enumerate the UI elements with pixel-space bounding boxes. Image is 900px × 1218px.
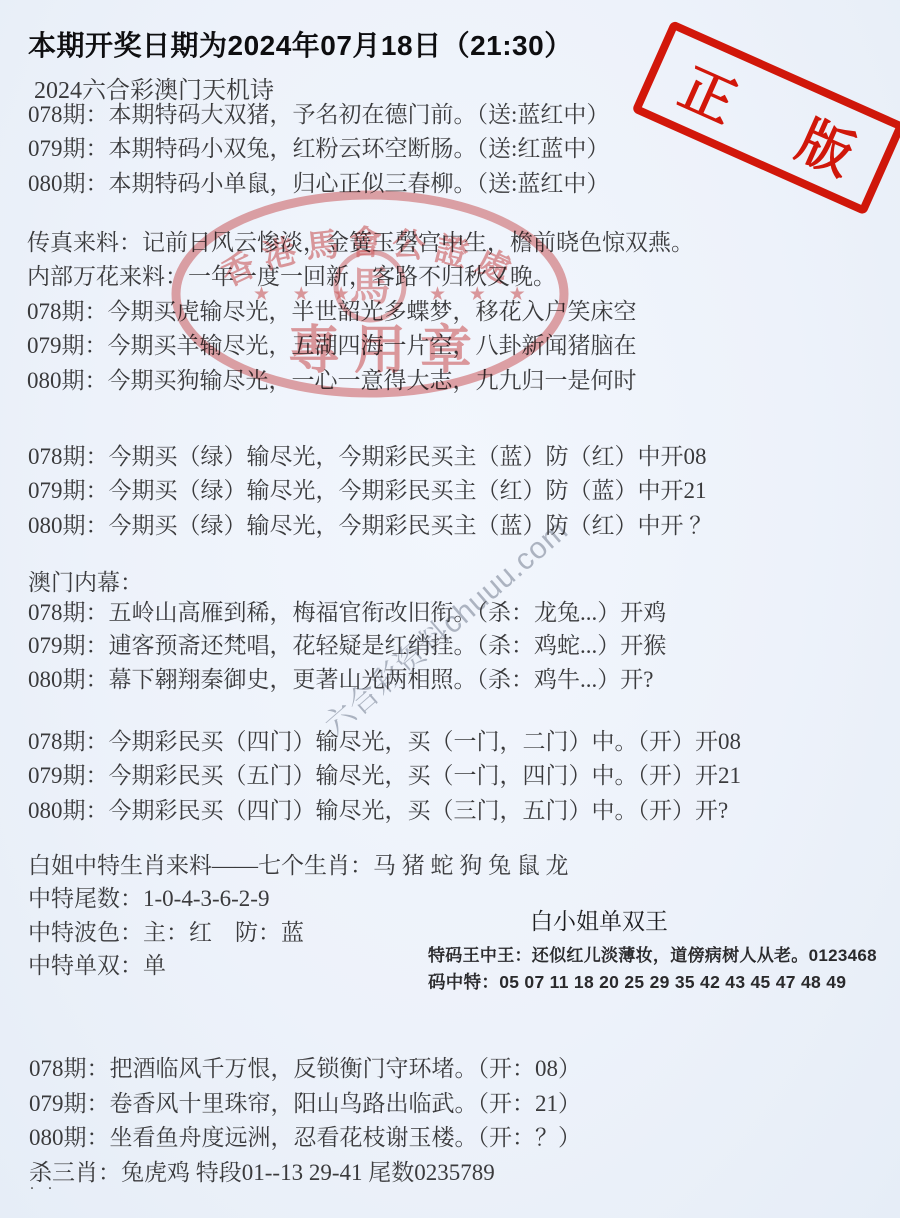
fax-line: 079期：今期买羊输尽光，五湖四海一片空，八卦新闻猪脑在 bbox=[27, 329, 694, 363]
color-buy-line: 078期：今期买（绿）输尽光，今期彩民买主（蓝）防（红）中开08 bbox=[28, 440, 712, 474]
neimu-line: 080期：幕下翱翔秦御史，更著山光两相照。（杀：鸡牛...）开? bbox=[28, 663, 666, 696]
mazhongte-line: 码中特：05 07 11 18 20 25 29 35 42 43 45 47 … bbox=[428, 969, 846, 994]
fax-line: 080期：今期买狗输尽光，一心一意得大志，九九归一是何时 bbox=[27, 364, 694, 398]
poem-line: 080期：本期特码小单鼠，归心正似三春柳。（送:蓝红中） bbox=[28, 167, 609, 201]
tianji-poem-block: 078期：本期特码大双猪，予名初在德门前。（送:蓝红中） 079期：本期特码小双… bbox=[28, 98, 609, 201]
bottom-poem-line: 080期：坐看鱼舟度远洲，忍看花枝谢玉楼。（开：？） bbox=[29, 1121, 581, 1156]
tail-numbers-line: 中特尾数：1-0-4-3-6-2-9 bbox=[28, 882, 569, 915]
neimu-line: 078期：五岭山高雁到稀，梅福官衔改旧衔。（杀：龙兔...）开鸡 bbox=[28, 596, 666, 629]
lottery-tip-sheet: 六合彩资料chuuu.com 本期开奖日期为2024年07月18日（21:30）… bbox=[0, 0, 900, 1218]
color-buy-line: 079期：今期买（绿）输尽光，今期彩民买主（红）防（蓝）中开21 bbox=[28, 474, 712, 508]
poem-line: 078期：本期特码大双猪，予名初在德门前。（送:蓝红中） bbox=[28, 98, 609, 132]
fax-line: 078期：今期买虎输尽光，半世韶光多蝶梦，移花入户笑床空 bbox=[27, 295, 694, 329]
bottom-poems-block: 078期：把酒临风千万恨，反锁衡门守环堵。（开：08） 079期：卷香风十里珠帘… bbox=[29, 1052, 581, 1191]
doors-block: 078期：今期彩民买（四门）输尽光，买（一门，二门）中。（开）开08 079期：… bbox=[28, 725, 741, 828]
sha-sanxiao-line: 杀三肖：兔虎鸡 特段01--13 29-41 尾数0235789 bbox=[29, 1156, 581, 1191]
color-buy-line: 080期：今期买（绿）输尽光，今期彩民买主（蓝）防（红）中开 ？ bbox=[28, 509, 712, 543]
bottom-poem-line: 078期：把酒临风千万恨，反锁衡门守环堵。（开：08） bbox=[29, 1052, 581, 1087]
zhengban-stamp: 正 版 bbox=[631, 20, 900, 215]
footer-dots: . . bbox=[30, 1176, 57, 1194]
fax-tips-block: 传真来料：记前日风云惨淡，金簧玉磬宫中生，檐前晓色惊双燕。 内部万花来料：一年一… bbox=[27, 226, 694, 398]
doors-line: 080期：今期彩民买（四门）输尽光，买（三门，五门）中。（开）开? bbox=[28, 794, 741, 828]
doors-line: 079期：今期彩民买（五门）输尽光，买（一门，四门）中。（开）开21 bbox=[28, 759, 741, 793]
baixiaojie-heading: 白小姐单双王 bbox=[530, 903, 668, 936]
wangzhongwang-line: 特码王中王：还似红儿淡薄妆，道傍病树人从老。0123468 bbox=[428, 941, 877, 966]
zhengban-stamp-text: 正 版 bbox=[642, 33, 895, 202]
bottom-poem-line: 079期：卷香风十里珠帘，阳山鸟路出临武。（开：21） bbox=[29, 1087, 581, 1122]
neimu-block: 078期：五岭山高雁到稀，梅福官衔改旧衔。（杀：龙兔...）开鸡 079期：逋客… bbox=[28, 596, 666, 696]
page-title: 本期开奖日期为2024年07月18日（21:30） bbox=[28, 24, 573, 64]
color-buy-block: 078期：今期买（绿）输尽光，今期彩民买主（蓝）防（红）中开08 079期：今期… bbox=[28, 440, 712, 543]
neimu-line: 079期：逋客预斋还梵唱，花轻疑是红绡挂。（杀：鸡蛇...）开猴 bbox=[28, 629, 666, 662]
doors-line: 078期：今期彩民买（四门）输尽光，买（一门，二门）中。（开）开08 bbox=[28, 725, 741, 759]
fax-line: 内部万花来料：一年一度一回新，客路不归秋又晚。 bbox=[27, 260, 694, 294]
neimu-heading: 澳门内幕： bbox=[28, 564, 143, 597]
poem-line: 079期：本期特码小双兔，红粉云环空断肠。（送:红蓝中） bbox=[28, 132, 609, 166]
zodiac-line: 白姐中特生肖来料——七个生肖：马 猪 蛇 狗 兔 鼠 龙 bbox=[28, 849, 569, 882]
fax-line: 传真来料：记前日风云惨淡，金簧玉磬宫中生，檐前晓色惊双燕。 bbox=[27, 226, 694, 260]
